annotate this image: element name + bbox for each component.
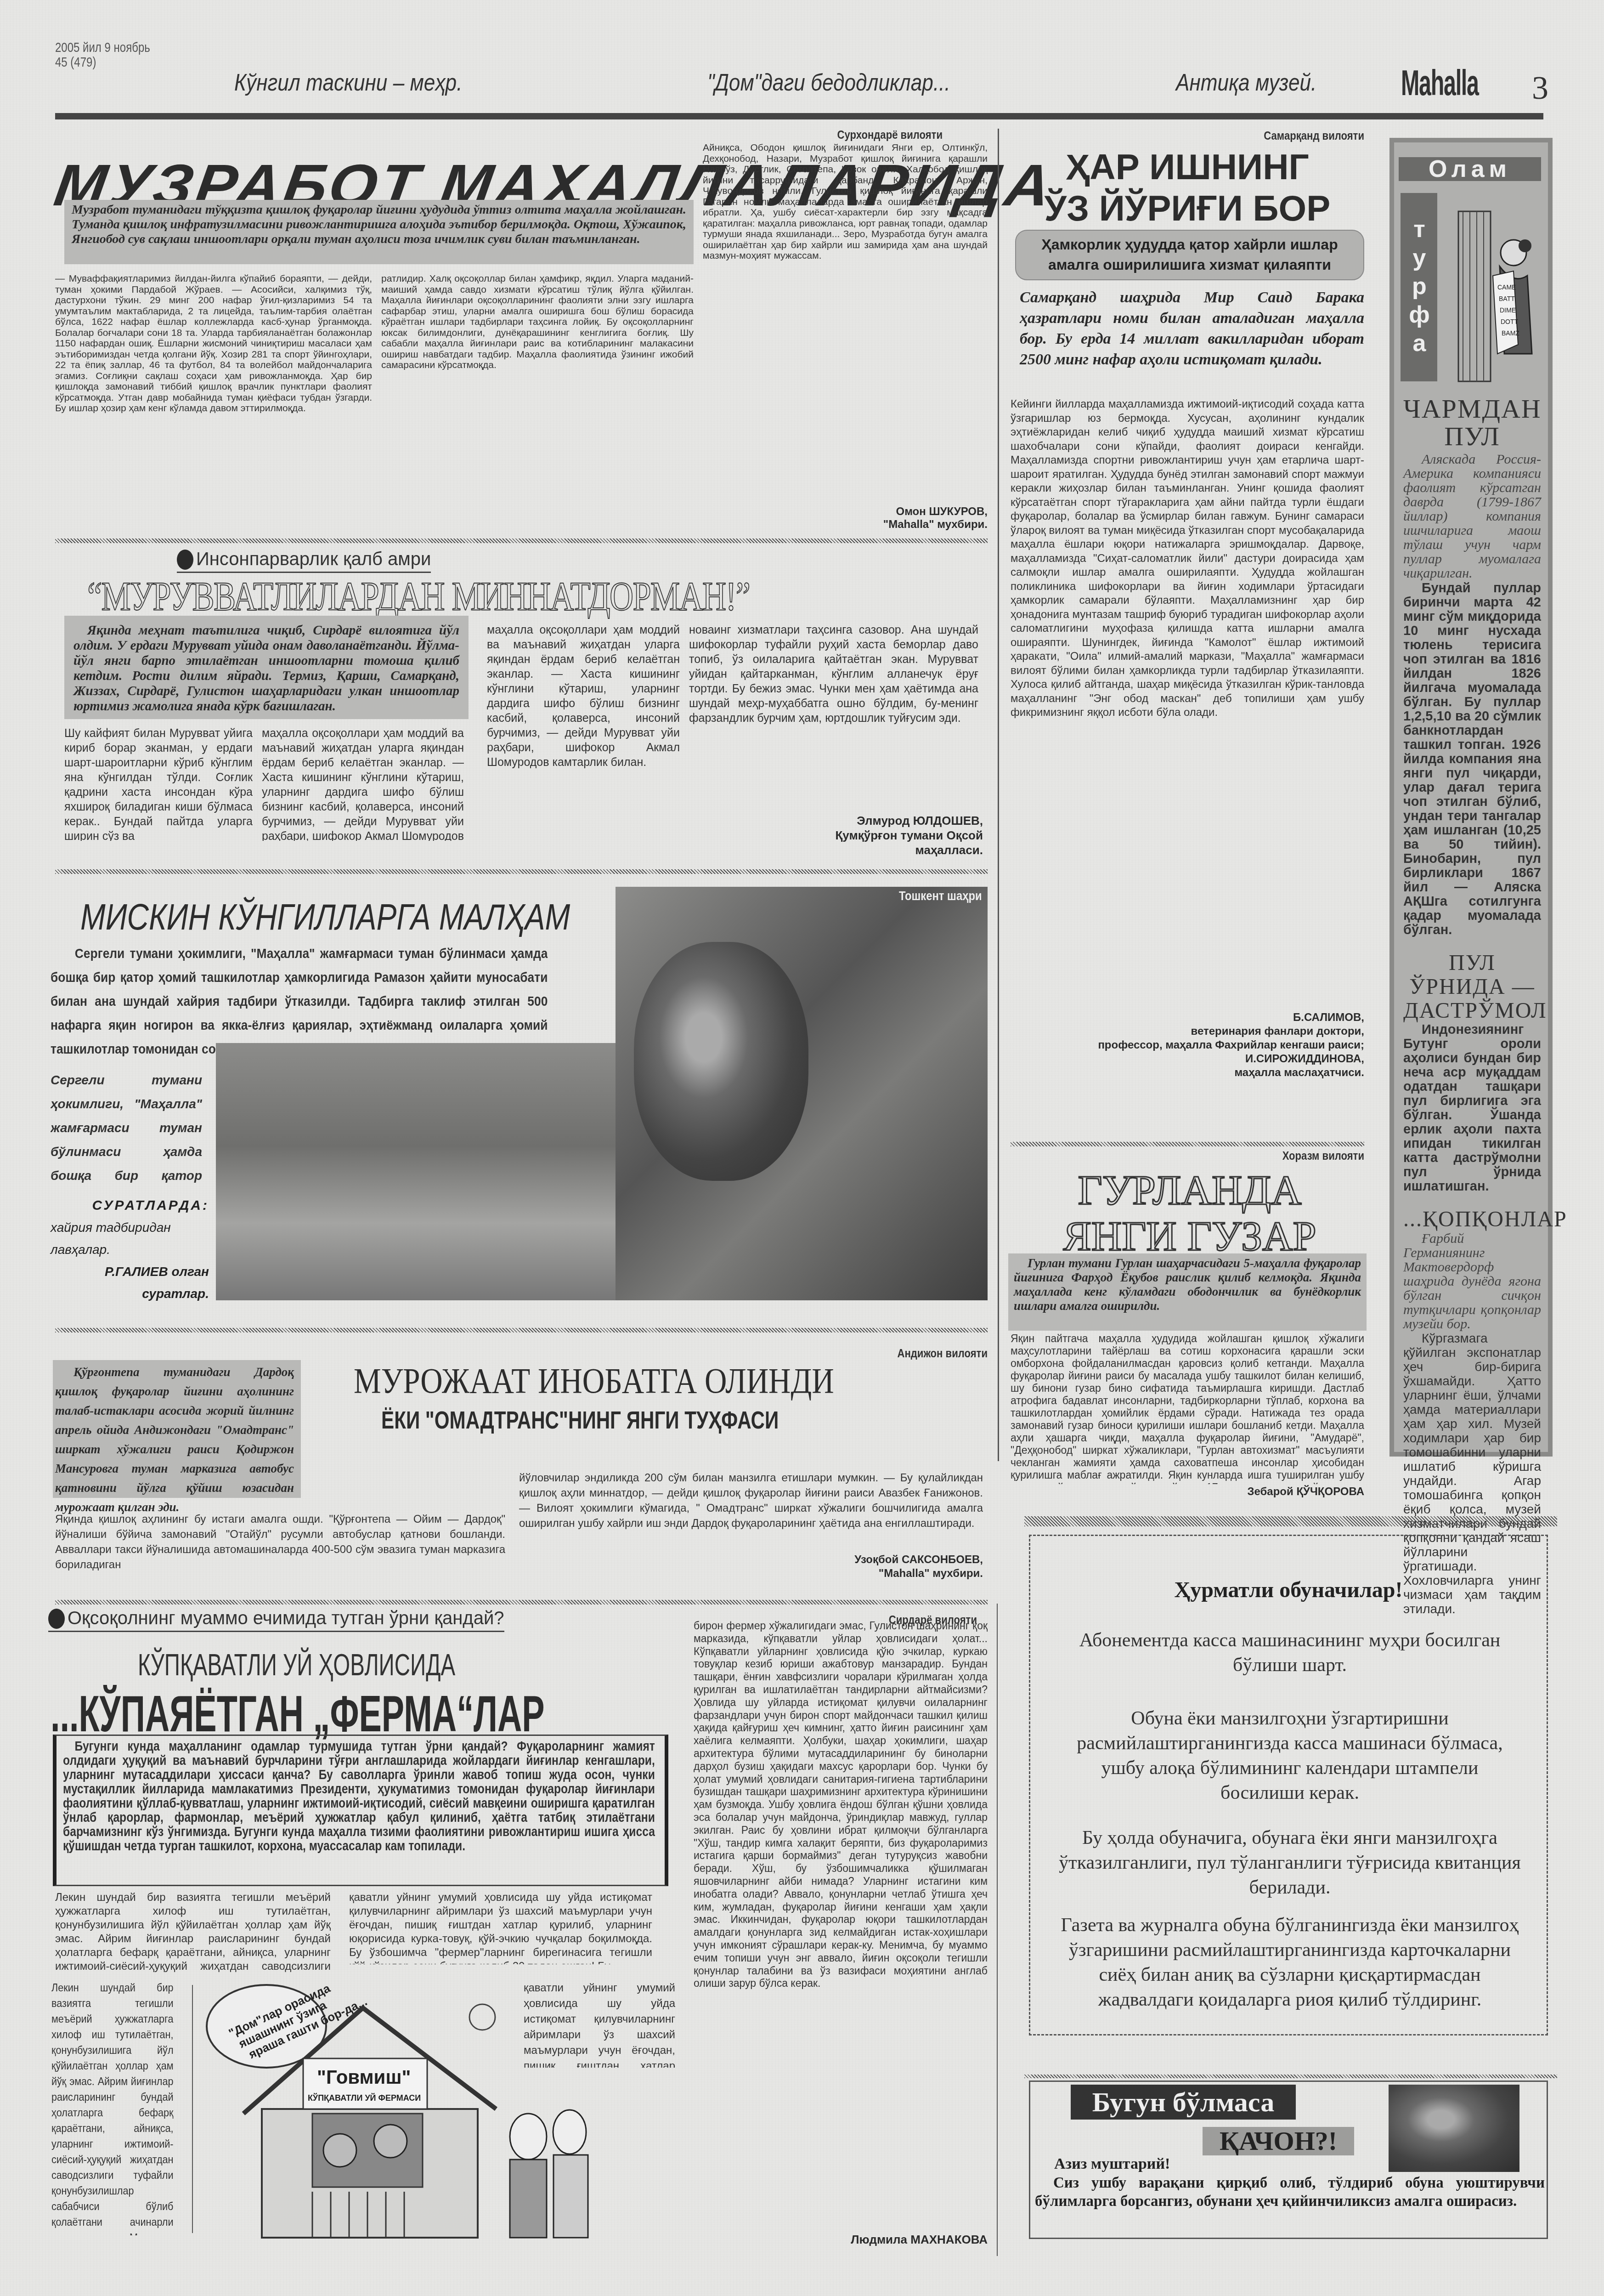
ad-title-light: ҚАЧОН?!: [1203, 2127, 1354, 2155]
lead-box-murabot: Музработ туманидаги тўққизта қишлоқ фуқа…: [64, 200, 694, 264]
date-line: 2005 йил 9 ноябрь: [55, 40, 150, 55]
photo-crowd-boxes: [216, 1043, 616, 1300]
article-column-2: маҳалла оқсоқоллари ҳам моддий ва маънав…: [262, 726, 464, 841]
region-label: Самарқанд вилояти: [1064, 129, 1365, 143]
column-rule: [998, 129, 999, 1461]
photo-label: СУРАТЛАРДА:: [51, 1195, 209, 1217]
author-name: Узоқбой САКСОНБОЕВ,: [519, 1553, 983, 1567]
rubric-muruvvat: Инсонпарварлик қалб амри: [177, 549, 431, 573]
svg-text:DOTT: DOTT: [1501, 318, 1519, 325]
title-line: ПУЛ: [1403, 423, 1541, 450]
sidebar-label-top: Олам: [1399, 157, 1541, 181]
author-role: ветеринария фанлари доктори,: [1011, 1025, 1364, 1038]
section-body: Индонезиянинг Бутунг ороли аҳолиси бунда…: [1403, 1023, 1541, 1194]
photographer: суратлар.: [51, 1283, 209, 1305]
lead-text: Яқинда меҳнат таътилига чиқиб, Сирдарё в…: [73, 623, 459, 714]
article-column-3: маҳалла оқсоқоллари ҳам моддий ва маънав…: [487, 623, 680, 843]
author-name: Б.САЛИМОВ,: [1011, 1011, 1364, 1025]
section-divider: [55, 1328, 988, 1332]
region-label: Андижон вилояти: [831, 1346, 988, 1361]
photographer: Р.ГАЛИЕВ олган: [51, 1261, 209, 1283]
headline-line: ГУРЛАНДА: [1011, 1167, 1369, 1213]
teaser-3[interactable]: Антиқа музей.: [1176, 69, 1316, 96]
bullet-icon: [48, 1609, 65, 1629]
signature-ferma: Людмила МАХНАКОВА: [694, 2233, 988, 2246]
ad-greeting: Азиз муштарий!: [1054, 2155, 1170, 2173]
header-rule: [55, 113, 1543, 119]
article-column-4: новаинг хизматлари таҳсинга сазовор. Ана…: [689, 623, 978, 802]
body-ferma-col1: Лекин шундай бир вазиятга тегишли меъёри…: [51, 1980, 174, 2235]
svg-text:КЎПҚАВАТЛИ УЙ ФЕРМАСИ: КЎПҚАВАТЛИ УЙ ФЕРМАСИ: [308, 2093, 421, 2103]
headline-ferma-line1: КЎПҚАВАТЛИ УЙ ҲОВЛИСИДА: [138, 1647, 469, 1682]
cartoon-illustration: CAME BATT DIME DOTT BAMZ: [1449, 202, 1541, 386]
issue-number: 45 (479): [55, 55, 150, 70]
column-rule: [997, 1604, 998, 2256]
sidebar-label-side: турфа: [1401, 193, 1437, 381]
photo-credits: СУРАТЛАРДА: хайрия тадбиридан лавҳалар. …: [51, 1195, 209, 1305]
section-intro: Ғарбий Германиянинг Мактовердорф шаҳрида…: [1403, 1231, 1541, 1331]
notice-title: Ҳурматли обуначилар!: [1030, 1577, 1547, 1603]
section-divider: [1024, 2075, 1557, 2078]
headline-line: ЎЗ ЙЎРИҒИ БОР: [1011, 187, 1364, 229]
signature-murabot: Омон ШУКУРОВ, "Mahalla" мухбири.: [703, 505, 988, 531]
rubric-text: Инсонпарварлик қалб амри: [196, 549, 431, 570]
section-title: ЧАРМДАН ПУЛ: [1403, 395, 1541, 450]
headline-line: ЯНГИ ГУЗАР: [1011, 1213, 1369, 1259]
title-line: ЧАРМДАН: [1403, 395, 1541, 423]
page-number: 3: [1532, 69, 1548, 107]
rubric-text: Оқсоқолнинг муаммо ечимида тутган ўрни қ…: [68, 1608, 504, 1629]
article-column-2: ратлидир. Халқ оқсоқоллар билан ҳамфикр,…: [381, 273, 694, 533]
lead-text: Бугунги кунда маҳалланинг одамлар турмуш…: [63, 1740, 655, 1854]
section-title: ...ҚОПҚОНЛАР: [1403, 1208, 1541, 1231]
photo-desc: хайрия тадбиридан лавҳалар.: [51, 1217, 209, 1261]
headline-gurlan: ГУРЛАНДА ЯНГИ ГУЗАР: [1011, 1167, 1369, 1259]
newspaper-logo: Mahalla: [1401, 62, 1479, 104]
ad-title-dark: Бугун бўлмаса: [1071, 2085, 1296, 2120]
section-body: Бундай пуллар биринчи марта 42 минг сўм …: [1403, 581, 1541, 937]
ad-photo: [1389, 2085, 1519, 2172]
svg-text:CAME: CAME: [1497, 283, 1516, 291]
lead-text: Гурлан тумани Гурлан шаҳарчасидаги 5-маҳ…: [1014, 1256, 1361, 1313]
headline-samarkand: ҲАР ИШНИНГ ЎЗ ЙЎРИҒИ БОР: [1011, 146, 1364, 229]
headline-miskin: МИСКИН КЎНГИЛЛАРГА МАЛҲАМ: [80, 896, 570, 938]
section-divider: [55, 539, 988, 543]
svg-text:"Говмиш": "Говмиш": [317, 2066, 411, 2088]
photo-caption-region: Тошкент шаҳри: [899, 889, 982, 903]
text-overflow: Сергели тумани ҳокимлиги, "Маҳалла" жамғ…: [51, 1068, 202, 1192]
section-divider: [1011, 1142, 1364, 1146]
signature-samarkand: Б.САЛИМОВ, ветеринария фанлари доктори, …: [1011, 1011, 1364, 1080]
body-ferma-col1-top: Лекин шундай бир вазиятга тегишли меъёри…: [55, 1891, 331, 1973]
section-divider: [55, 1600, 988, 1604]
section-divider: [1024, 1516, 1557, 1526]
article-column-1: — Муваффақиятларимиз йилдан-йилга кўпайи…: [55, 273, 372, 533]
lead-murojaat: Қўрғонтепа туманидаги Дардоқ қишлоқ фуқа…: [55, 1362, 294, 1517]
photo-main-man: Тошкент шаҳри: [616, 887, 988, 1300]
signature-gurlan: Зебарой ҚЎЧҚОРОВА: [1011, 1485, 1364, 1498]
author-place: маҳалласи.: [689, 843, 983, 857]
region-label: Хоразм вилояти: [1064, 1149, 1365, 1163]
rubric-ferma: Оқсоқолнинг муаммо ечимида тутган ўрни қ…: [48, 1608, 504, 1632]
lead-box-muruvvat: Яқинда меҳнат таътилига чиқиб, Сирдарё в…: [64, 616, 469, 719]
column-rule: [192, 1985, 193, 2233]
teaser-2[interactable]: "Дом"даги бедодликлар...: [707, 69, 950, 96]
lead-text: Музработ туманидаги тўққизта қишлоқ фуқа…: [72, 203, 686, 247]
lead-miskin-continued: Сергели тумани ҳокимлиги, "Маҳалла" жамғ…: [51, 1068, 202, 1192]
notice-paragraph: Бу ҳолда обуначига, обунага ёки янги ман…: [1058, 1825, 1522, 1900]
headline-muruvvat: “МУРУВВАТЛИЛАРДАН МИННАТДОРМАН!”: [87, 573, 750, 620]
notice-paragraph: Газета ва журналга обуна бўлганингизда ё…: [1058, 1913, 1522, 2012]
title-line: ДАСТРЎМОЛ: [1403, 999, 1541, 1023]
issue-date: 2005 йил 9 ноябрь 45 (479): [55, 40, 150, 70]
section-divider: [55, 869, 988, 874]
body-murojaat-2: йўловчилар эндиликда 200 сўм билан манзи…: [519, 1470, 983, 1548]
signature-muruvvat: Элмурод ЮЛДОШЕВ, Қумқўрғон тумани Оқсой …: [689, 813, 983, 857]
body-ferma-col2-top: қаватли уйнинг умумий ҳовлисида шу уйда …: [349, 1891, 652, 1964]
subhead-murojaat: ЁКИ "ОМАДТРАНС"НИНГ ЯНГИ ТУҲФАСИ: [381, 1406, 779, 1434]
body-gurlan: Яқин пайтгача маҳалла ҳудудида жойлашган…: [1011, 1332, 1364, 1484]
lead-box-gurlan: Гурлан тумани Гурлан шаҳарчасидаги 5-маҳ…: [1008, 1253, 1367, 1331]
article-column-1: Шу кайфият билан Мурувват уйига кириб бо…: [64, 726, 253, 841]
headline-line: ҲАР ИШНИНГ: [1011, 146, 1364, 187]
teaser-1[interactable]: Кўнгил таскини – меҳр.: [234, 69, 462, 96]
author-name: И.СИРОЖИДДИНОВА,: [1011, 1052, 1364, 1066]
subscription-ad[interactable]: Бугун бўлмаса ҚАЧОН?! Азиз муштарий! Сиз…: [1029, 2081, 1548, 2239]
author-name: Омон ШУКУРОВ,: [703, 505, 988, 518]
author-role: "Mahalla" мухбири.: [519, 1567, 983, 1581]
bullet-icon: [177, 550, 193, 570]
title-line: ПУЛ ЎРНИДА —: [1403, 951, 1541, 999]
svg-text:BAMZ: BAMZ: [1502, 329, 1519, 337]
author-role: профессор, маҳалла Фахрийлар кенгаши раи…: [1011, 1038, 1364, 1052]
notice-paragraph: Обуна ёки манзилгоҳни ўзгартиришни расми…: [1058, 1706, 1522, 1805]
region-label: Сурхондарё вилояти: [786, 128, 943, 142]
sidebar-content: ЧАРМДАН ПУЛ Аляскада Россия-Америка комп…: [1403, 395, 1541, 1616]
subscription-notice: Ҳурматли обуначилар! Абонементда касса м…: [1029, 1535, 1548, 2035]
cartoon-man-with-list-icon: CAME BATT DIME DOTT BAMZ: [1449, 202, 1541, 386]
notice-paragraph: Абонементда касса машинасининг муҳри бос…: [1058, 1628, 1522, 1678]
sidebar-olam-turfa: Олам турфа CAME BATT DIME DOTT BAMZ ЧАРМ…: [1389, 138, 1553, 1457]
body-murojaat-1: Яқинда қишлоқ аҳлининг бу истаги амалга …: [55, 1512, 505, 1574]
author-role: "Mahalla" мухбири.: [703, 518, 988, 531]
svg-text:BATT: BATT: [1499, 295, 1515, 302]
body-samarkand: Кейинги йилларда маҳалламизда ижтимоий-и…: [1011, 397, 1364, 1011]
section-title: ПУЛ ЎРНИДА — ДАСТРЎМОЛ: [1403, 951, 1541, 1023]
svg-text:DIME: DIME: [1500, 306, 1516, 314]
headline-murojaat: МУРОЖААТ ИНОБАТГА ОЛИНДИ: [354, 1360, 834, 1401]
body-ferma-col2: қаватли уйнинг умумий ҳовлисида шу уйда …: [524, 1980, 675, 2068]
lead-box-ferma: Бугунги кунда маҳалланинг одамлар турмуш…: [53, 1735, 668, 1886]
author-place: Қумқўрғон тумани Оқсой: [689, 828, 983, 843]
subhead-samarkand: Ҳамкорлик ҳудудда қатор хайрли ишлар ама…: [1015, 230, 1364, 280]
signature-murojaat: Узоқбой САКСОНБОЕВ, "Mahalla" мухбири.: [519, 1553, 983, 1581]
ad-body: Сиз ушбу варақани қирқиб олиб, тўлдириб …: [1035, 2174, 1545, 2211]
photo-figure: [634, 942, 808, 1181]
article-column-3: Айниқса, Ободон қишлоқ йиғинидаги Янги е…: [703, 142, 988, 496]
author-role: маҳалла маслаҳатчиси.: [1011, 1066, 1364, 1080]
author-name: Элмурод ЮЛДОШЕВ,: [689, 813, 983, 828]
section-intro: Аляскада Россия-Америка компанияси фаоли…: [1403, 452, 1541, 580]
body-ferma-col3: бирон фермер хўжалигидаги эмас, Гулистон…: [694, 1620, 988, 2226]
lead-samarkand: Самарқанд шаҳрида Мир Саид Барака ҳазрат…: [1020, 287, 1364, 370]
